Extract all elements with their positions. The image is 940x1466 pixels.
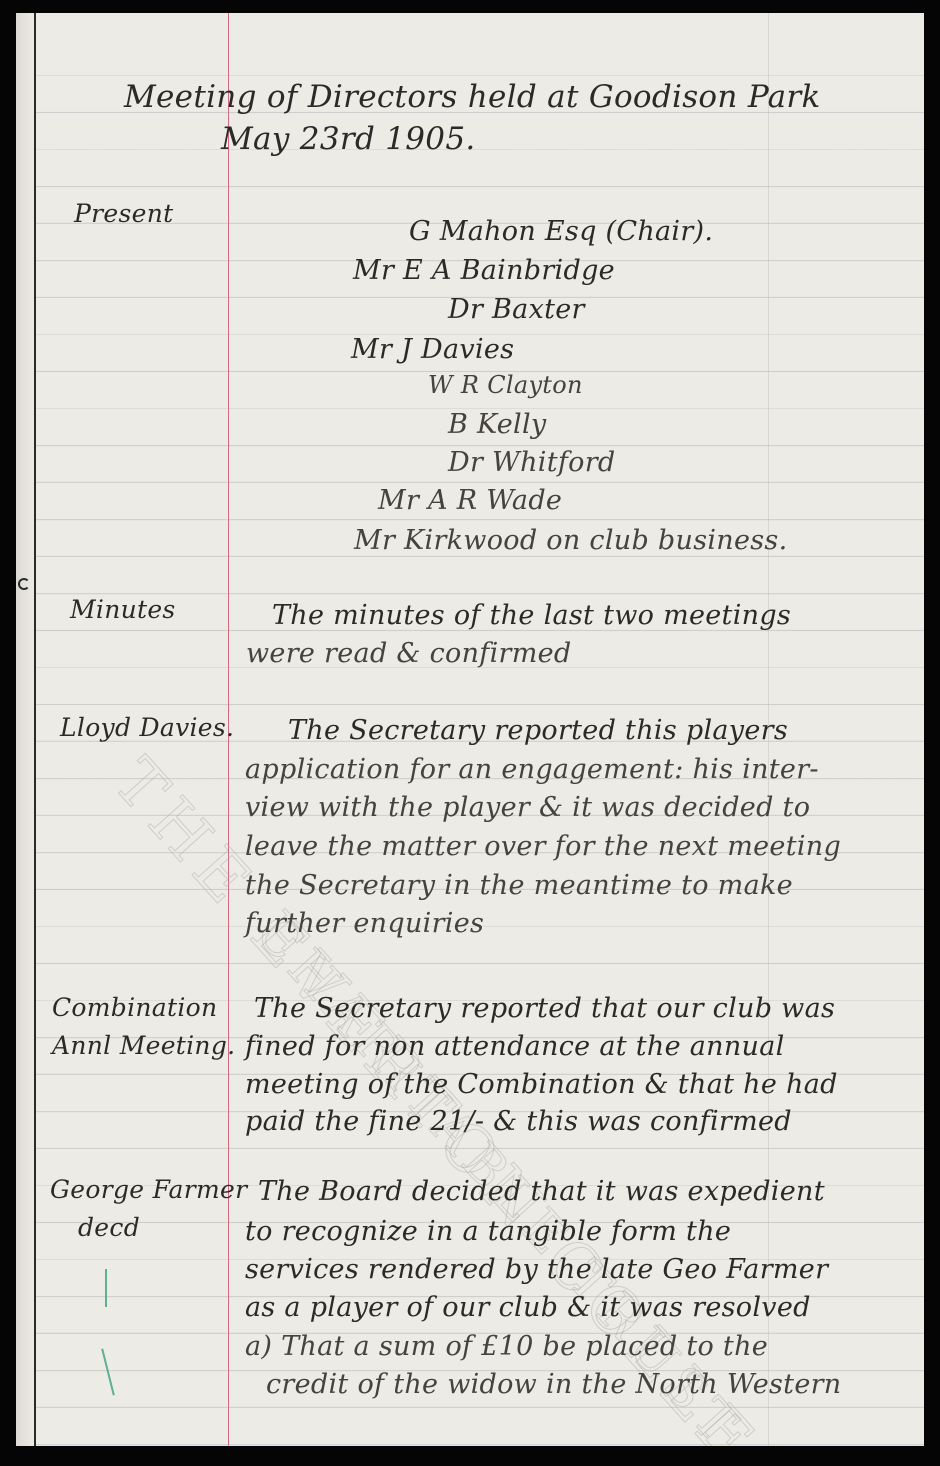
margin-label-present: Present <box>74 199 173 228</box>
margin-label-annual-meeting: Annl Meeting. <box>52 1031 235 1060</box>
present-line: Mr Kirkwood on club business. <box>354 525 787 556</box>
present-line: B Kelly <box>448 409 546 440</box>
margin-label-deceased: decd <box>78 1213 140 1242</box>
page-edge <box>16 13 34 1446</box>
lloyd-davies-line: The Secretary reported this players <box>288 715 788 746</box>
ledger-page: THE EVERTON COLLECTION CHARITABLE TRUST … <box>16 13 924 1446</box>
watermark-line-2: CHARITABLE TRUST <box>244 903 757 1446</box>
margin-label-minutes: Minutes <box>70 595 176 624</box>
combination-line: meeting of the Combination & that he had <box>245 1069 838 1100</box>
lloyd-davies-line: further enquiries <box>245 908 484 939</box>
combination-line: fined for non attendance at the annual <box>245 1031 785 1062</box>
george-farmer-line: a) That a sum of £10 be placed to the <box>245 1331 768 1362</box>
present-line: Mr A R Wade <box>378 485 562 516</box>
lloyd-davies-line: application for an engagement: his inter… <box>245 754 819 785</box>
margin-label-george-farmer: George Farmer <box>50 1175 247 1204</box>
green-checkmark-icon <box>101 1348 115 1395</box>
george-farmer-line: credit of the widow in the North Western <box>266 1369 842 1400</box>
combination-line: The Secretary reported that our club was <box>254 993 835 1024</box>
margin-label-combination: Combination <box>52 993 217 1022</box>
george-farmer-line: to recognize in a tangible form the <box>245 1216 731 1247</box>
heading-line-2: May 23rd 1905. <box>221 121 476 157</box>
george-farmer-line: as a player of our club & it was resolve… <box>245 1292 811 1323</box>
present-line: Dr Whitford <box>448 447 616 478</box>
present-line: Dr Baxter <box>448 294 585 325</box>
green-tick-mark-icon <box>105 1269 107 1307</box>
combination-line: paid the fine 21/- & this was confirmed <box>245 1106 792 1137</box>
lloyd-davies-line: leave the matter over for the next meeti… <box>245 831 841 862</box>
present-line: Mr E A Bainbridge <box>353 255 615 286</box>
present-line: G Mahon Esq (Chair). <box>409 216 713 247</box>
heading-line-1: Meeting of Directors held at Goodison Pa… <box>124 79 821 115</box>
george-farmer-line: services rendered by the late Geo Farmer <box>245 1254 828 1285</box>
binding-line <box>34 13 36 1446</box>
binding-hole-icon <box>18 578 30 590</box>
margin-label-lloyd-davies: Lloyd Davies. <box>60 713 234 742</box>
lloyd-davies-line: view with the player & it was decided to <box>245 792 810 823</box>
present-line: W R Clayton <box>428 371 583 399</box>
lloyd-davies-line: the Secretary in the meantime to make <box>245 870 793 901</box>
minutes-line: The minutes of the last two meetings <box>272 600 791 631</box>
george-farmer-line: The Board decided that it was expedient <box>258 1176 825 1207</box>
minutes-line: were read & confirmed <box>246 638 572 669</box>
present-line: Mr J Davies <box>351 334 514 365</box>
